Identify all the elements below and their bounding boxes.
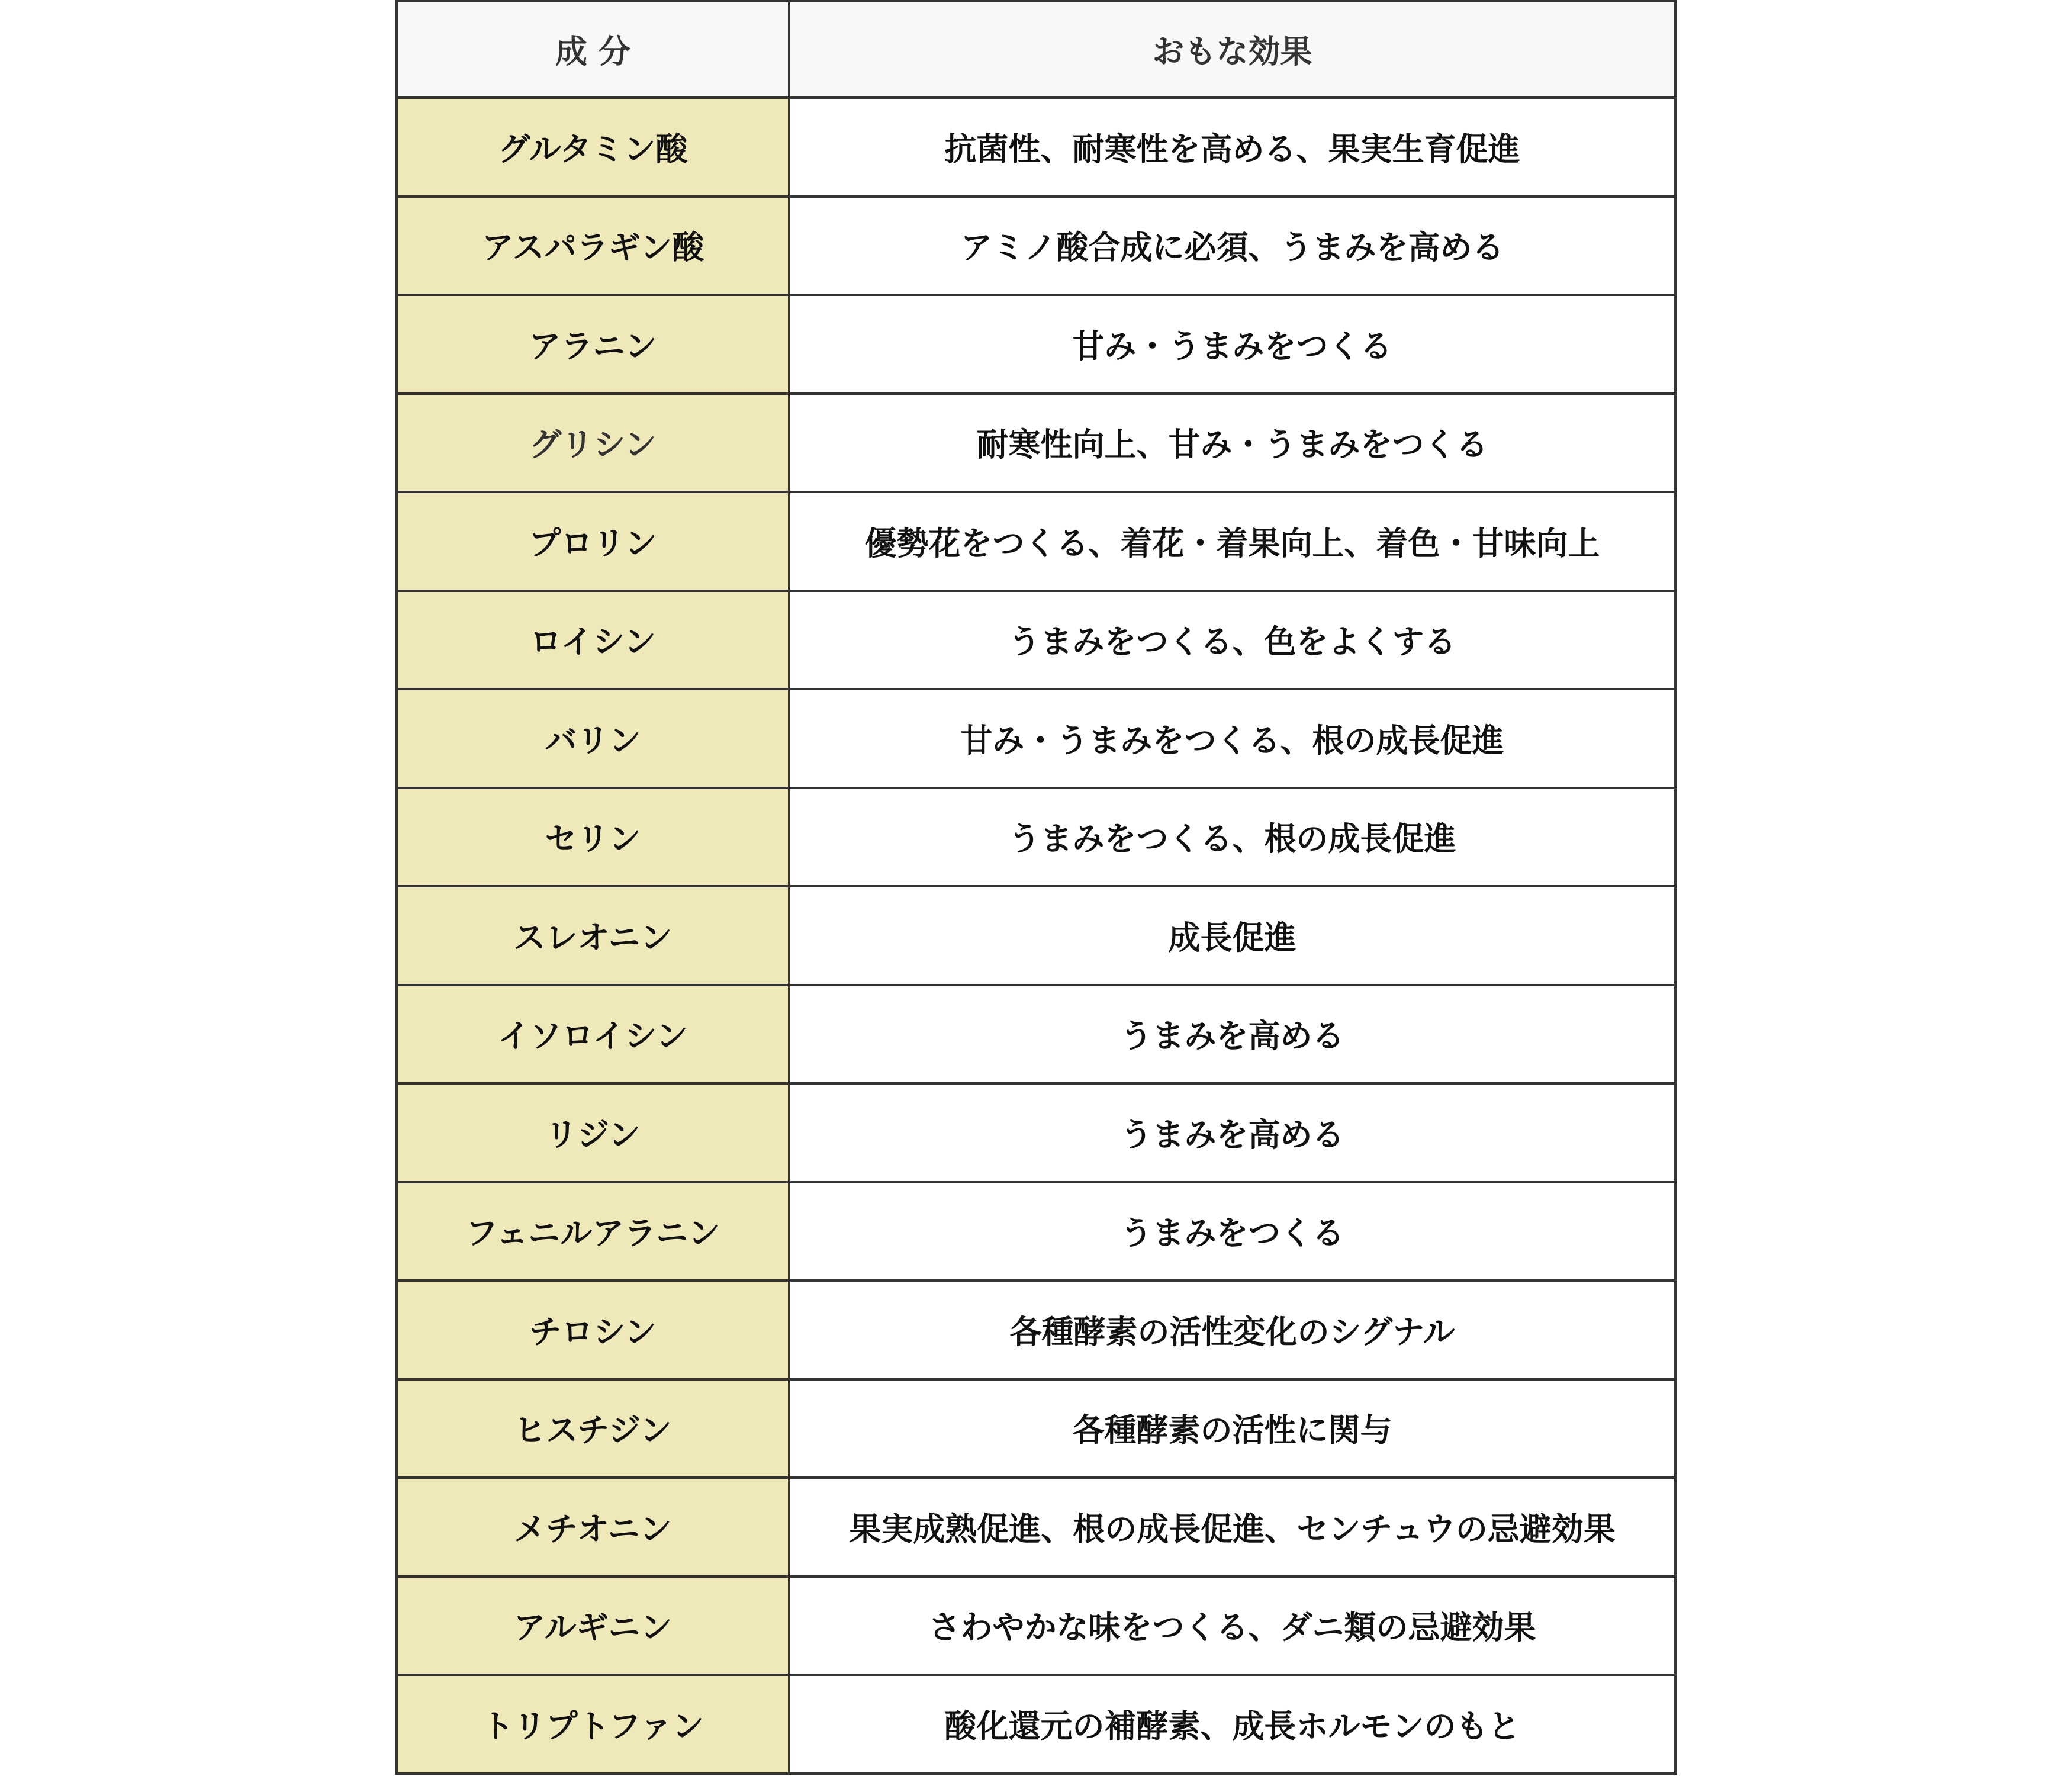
effect-cell: 甘み・うまみをつくる [790, 296, 1674, 392]
amino-acid-effects-table: 成 分 おもな効果 グルタミン酸 抗菌性、耐寒性を高める、果実生育促進 アスパラ… [395, 0, 1677, 1775]
effect-cell: 酸化還元の補酵素、成長ホルモンのもと [790, 1676, 1674, 1772]
effect-cell: アミノ酸合成に必須、うまみを高める [790, 198, 1674, 294]
table-row: バリン 甘み・うまみをつくる、根の成長促進 [398, 690, 1674, 789]
table-row: アルギニン さわやかな味をつくる、ダニ類の忌避効果 [398, 1578, 1674, 1677]
effect-cell: うまみをつくる、根の成長促進 [790, 789, 1674, 886]
component-cell: フェニルアラニン [398, 1183, 790, 1280]
table-row: セリン うまみをつくる、根の成長促進 [398, 789, 1674, 888]
table-row: アスパラギン酸 アミノ酸合成に必須、うまみを高める [398, 198, 1674, 297]
effect-cell: うまみをつくる [790, 1183, 1674, 1280]
effect-cell: 耐寒性向上、甘み・うまみをつくる [790, 395, 1674, 491]
component-cell: トリプトファン [398, 1676, 790, 1772]
table-row: トリプトファン 酸化還元の補酵素、成長ホルモンのもと [398, 1676, 1674, 1775]
table-row: チロシン 各種酵素の活性変化のシグナル [398, 1282, 1674, 1381]
effect-cell: 各種酵素の活性に関与 [790, 1381, 1674, 1477]
component-cell: イソロイシン [398, 986, 790, 1083]
table-row: スレオニン 成長促進 [398, 887, 1674, 986]
effect-cell: 果実成熟促進、根の成長促進、センチュウの忌避効果 [790, 1479, 1674, 1575]
component-cell: プロリン [398, 493, 790, 590]
table-row: グルタミン酸 抗菌性、耐寒性を高める、果実生育促進 [398, 99, 1674, 198]
table-row: イソロイシン うまみを高める [398, 986, 1674, 1085]
header-component: 成 分 [398, 2, 790, 96]
effect-cell: うまみを高める [790, 1085, 1674, 1181]
table-row: アラニン 甘み・うまみをつくる [398, 296, 1674, 395]
component-cell: グリシン [398, 395, 790, 491]
effect-cell: 成長促進 [790, 887, 1674, 984]
table-row: メチオニン 果実成熟促進、根の成長促進、センチュウの忌避効果 [398, 1479, 1674, 1578]
effect-cell: 優勢花をつくる、着花・着果向上、着色・甘味向上 [790, 493, 1674, 590]
component-cell: チロシン [398, 1282, 790, 1378]
table-row: ロイシン うまみをつくる、色をよくする [398, 592, 1674, 691]
table-row: プロリン 優勢花をつくる、着花・着果向上、着色・甘味向上 [398, 493, 1674, 592]
component-cell: リジン [398, 1085, 790, 1181]
table-row: リジン うまみを高める [398, 1085, 1674, 1183]
component-cell: ヒスチジン [398, 1381, 790, 1477]
component-cell: メチオニン [398, 1479, 790, 1575]
component-cell: バリン [398, 690, 790, 787]
table-header-row: 成 分 おもな効果 [398, 2, 1674, 99]
effect-cell: うまみを高める [790, 986, 1674, 1083]
component-cell: ロイシン [398, 592, 790, 688]
component-cell: セリン [398, 789, 790, 886]
component-cell: スレオニン [398, 887, 790, 984]
component-cell: アルギニン [398, 1578, 790, 1674]
header-effect: おもな効果 [790, 2, 1674, 96]
effect-cell: 甘み・うまみをつくる、根の成長促進 [790, 690, 1674, 787]
effect-cell: 各種酵素の活性変化のシグナル [790, 1282, 1674, 1378]
table-row: グリシン 耐寒性向上、甘み・うまみをつくる [398, 395, 1674, 494]
effect-cell: 抗菌性、耐寒性を高める、果実生育促進 [790, 99, 1674, 195]
component-cell: グルタミン酸 [398, 99, 790, 195]
effect-cell: うまみをつくる、色をよくする [790, 592, 1674, 688]
component-cell: アスパラギン酸 [398, 198, 790, 294]
component-cell: アラニン [398, 296, 790, 392]
table-row: フェニルアラニン うまみをつくる [398, 1183, 1674, 1282]
effect-cell: さわやかな味をつくる、ダニ類の忌避効果 [790, 1578, 1674, 1674]
table-row: ヒスチジン 各種酵素の活性に関与 [398, 1381, 1674, 1479]
